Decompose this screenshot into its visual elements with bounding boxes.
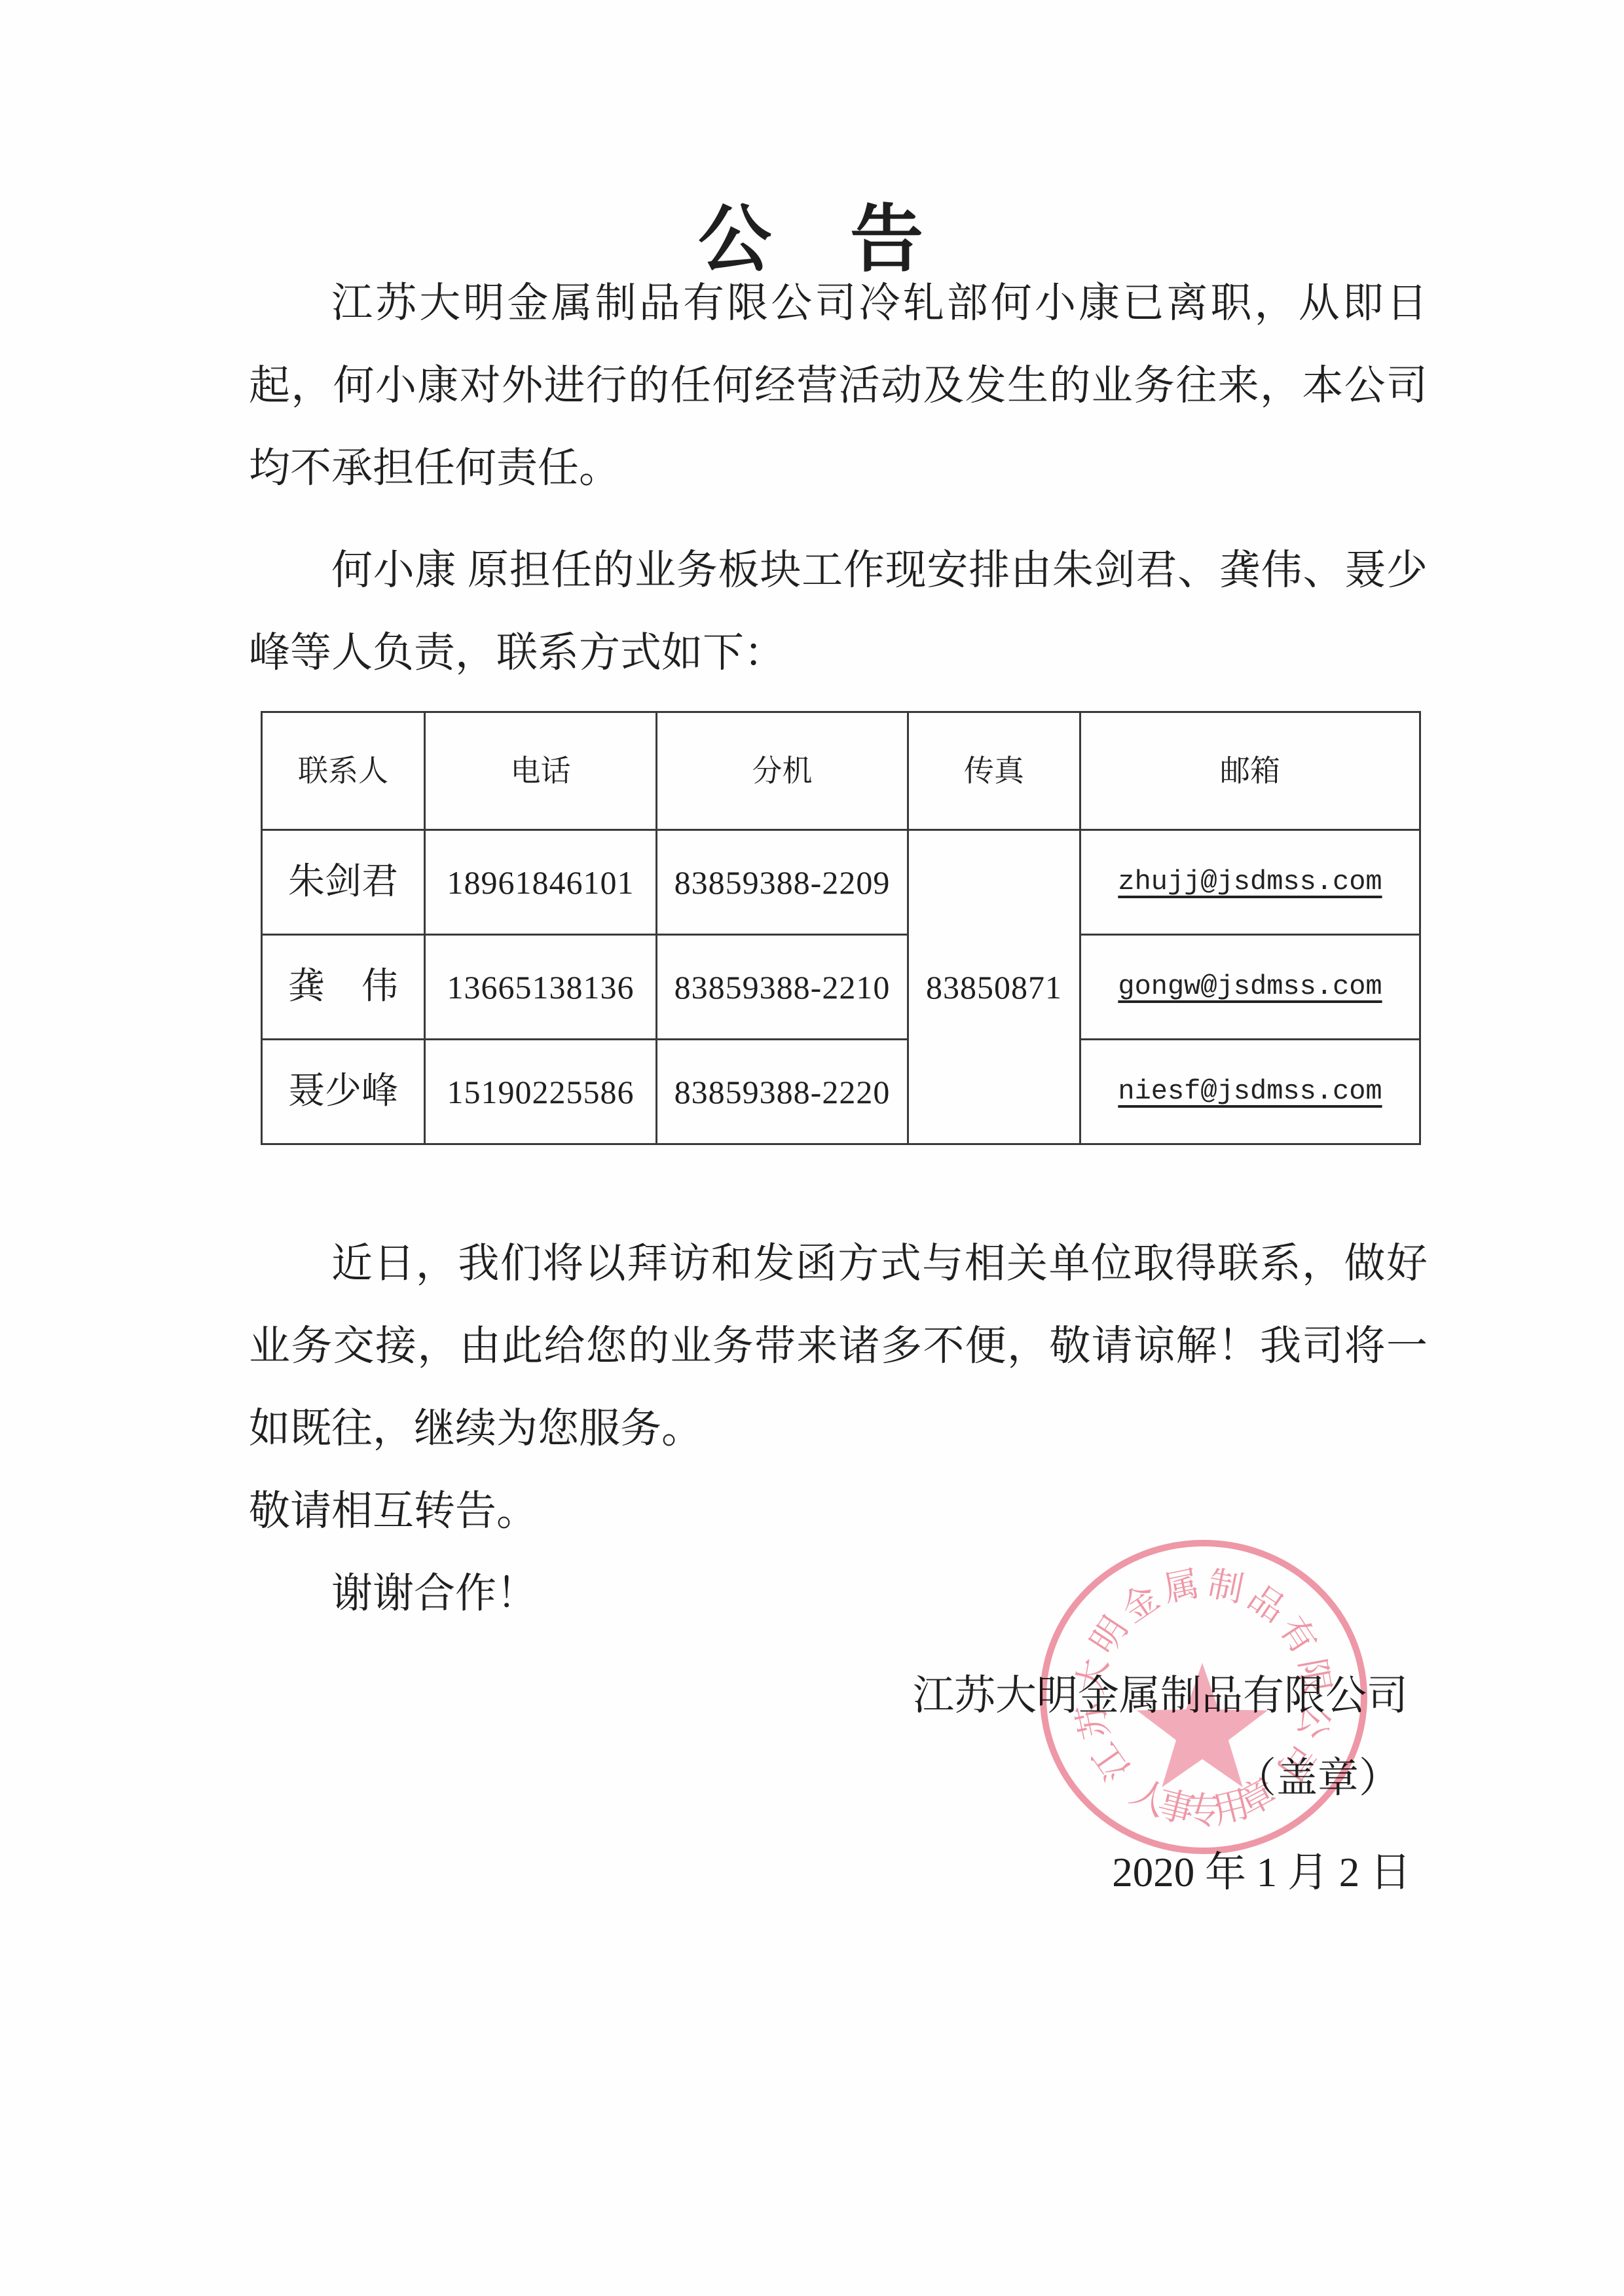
email-link[interactable]: niesf@jsdmss.com (1118, 1076, 1382, 1107)
email-link[interactable]: zhujj@jsdmss.com (1118, 866, 1382, 898)
paragraph-notice: 近日，我们将以拜访和发函方式与相关单位取得联系，做好业务交接，由此给您的业务带来… (249, 1222, 1428, 1470)
shared-fax-number: 83850871 (908, 830, 1080, 1144)
header-extension: 分机 (657, 712, 908, 830)
contact-phone: 15190225586 (425, 1040, 657, 1144)
header-fax: 传真 (908, 712, 1080, 830)
contact-extension: 83859388-2220 (657, 1040, 908, 1144)
table-row: 龚 伟 13665138136 83859388-2210 gongw@jsdm… (262, 935, 1420, 1040)
document-body: 江苏大明金属制品有限公司冷轧部何小康已离职，从即日起，何小康对外进行的任何经营活… (249, 262, 1428, 1914)
contact-extension: 83859388-2209 (657, 830, 908, 935)
email-link[interactable]: gongw@jsdmss.com (1118, 971, 1382, 1002)
email-cell: niesf@jsdmss.com (1080, 1040, 1420, 1144)
document-date: 2020 年 1 月 2 日 (249, 1831, 1428, 1914)
company-signature: 江苏大明金属制品有限公司 (249, 1654, 1428, 1737)
contact-name: 龚 伟 (262, 935, 425, 1040)
header-email: 邮箱 (1080, 712, 1420, 830)
table-row: 聂少峰 15190225586 83859388-2220 niesf@jsdm… (262, 1040, 1420, 1144)
contact-name: 朱剑君 (262, 830, 425, 935)
paragraph-handover: 何小康 原担任的业务板块工作现安排由朱剑君、龚伟、聂少峰等人负责，联系方式如下： (249, 529, 1428, 694)
contacts-table: 联系人 电话 分机 传真 邮箱 朱剑君 18961846101 83859388… (261, 711, 1421, 1145)
announcement-document: 公 告 江苏大明金属制品有限公司冷轧部何小康已离职，从即日起，何小康对外进行的任… (0, 0, 1624, 2296)
email-cell: gongw@jsdmss.com (1080, 935, 1420, 1040)
contact-name: 聂少峰 (262, 1040, 425, 1144)
paragraph-inform-others: 敬请相互转告。 (249, 1470, 1428, 1552)
paragraph-resignation: 江苏大明金属制品有限公司冷轧部何小康已离职，从即日起，何小康对外进行的任何经营活… (249, 262, 1428, 509)
contact-phone: 13665138136 (425, 935, 657, 1040)
table-header-row: 联系人 电话 分机 传真 邮箱 (262, 712, 1420, 830)
table-row: 朱剑君 18961846101 83859388-2209 83850871 z… (262, 830, 1420, 935)
seal-note: （盖章） (249, 1737, 1428, 1819)
paragraph-thanks: 谢谢合作！ (249, 1552, 1428, 1635)
contact-extension: 83859388-2210 (657, 935, 908, 1040)
email-cell: zhujj@jsdmss.com (1080, 830, 1420, 935)
header-phone: 电话 (425, 712, 657, 830)
contact-phone: 18961846101 (425, 830, 657, 935)
header-contact: 联系人 (262, 712, 425, 830)
